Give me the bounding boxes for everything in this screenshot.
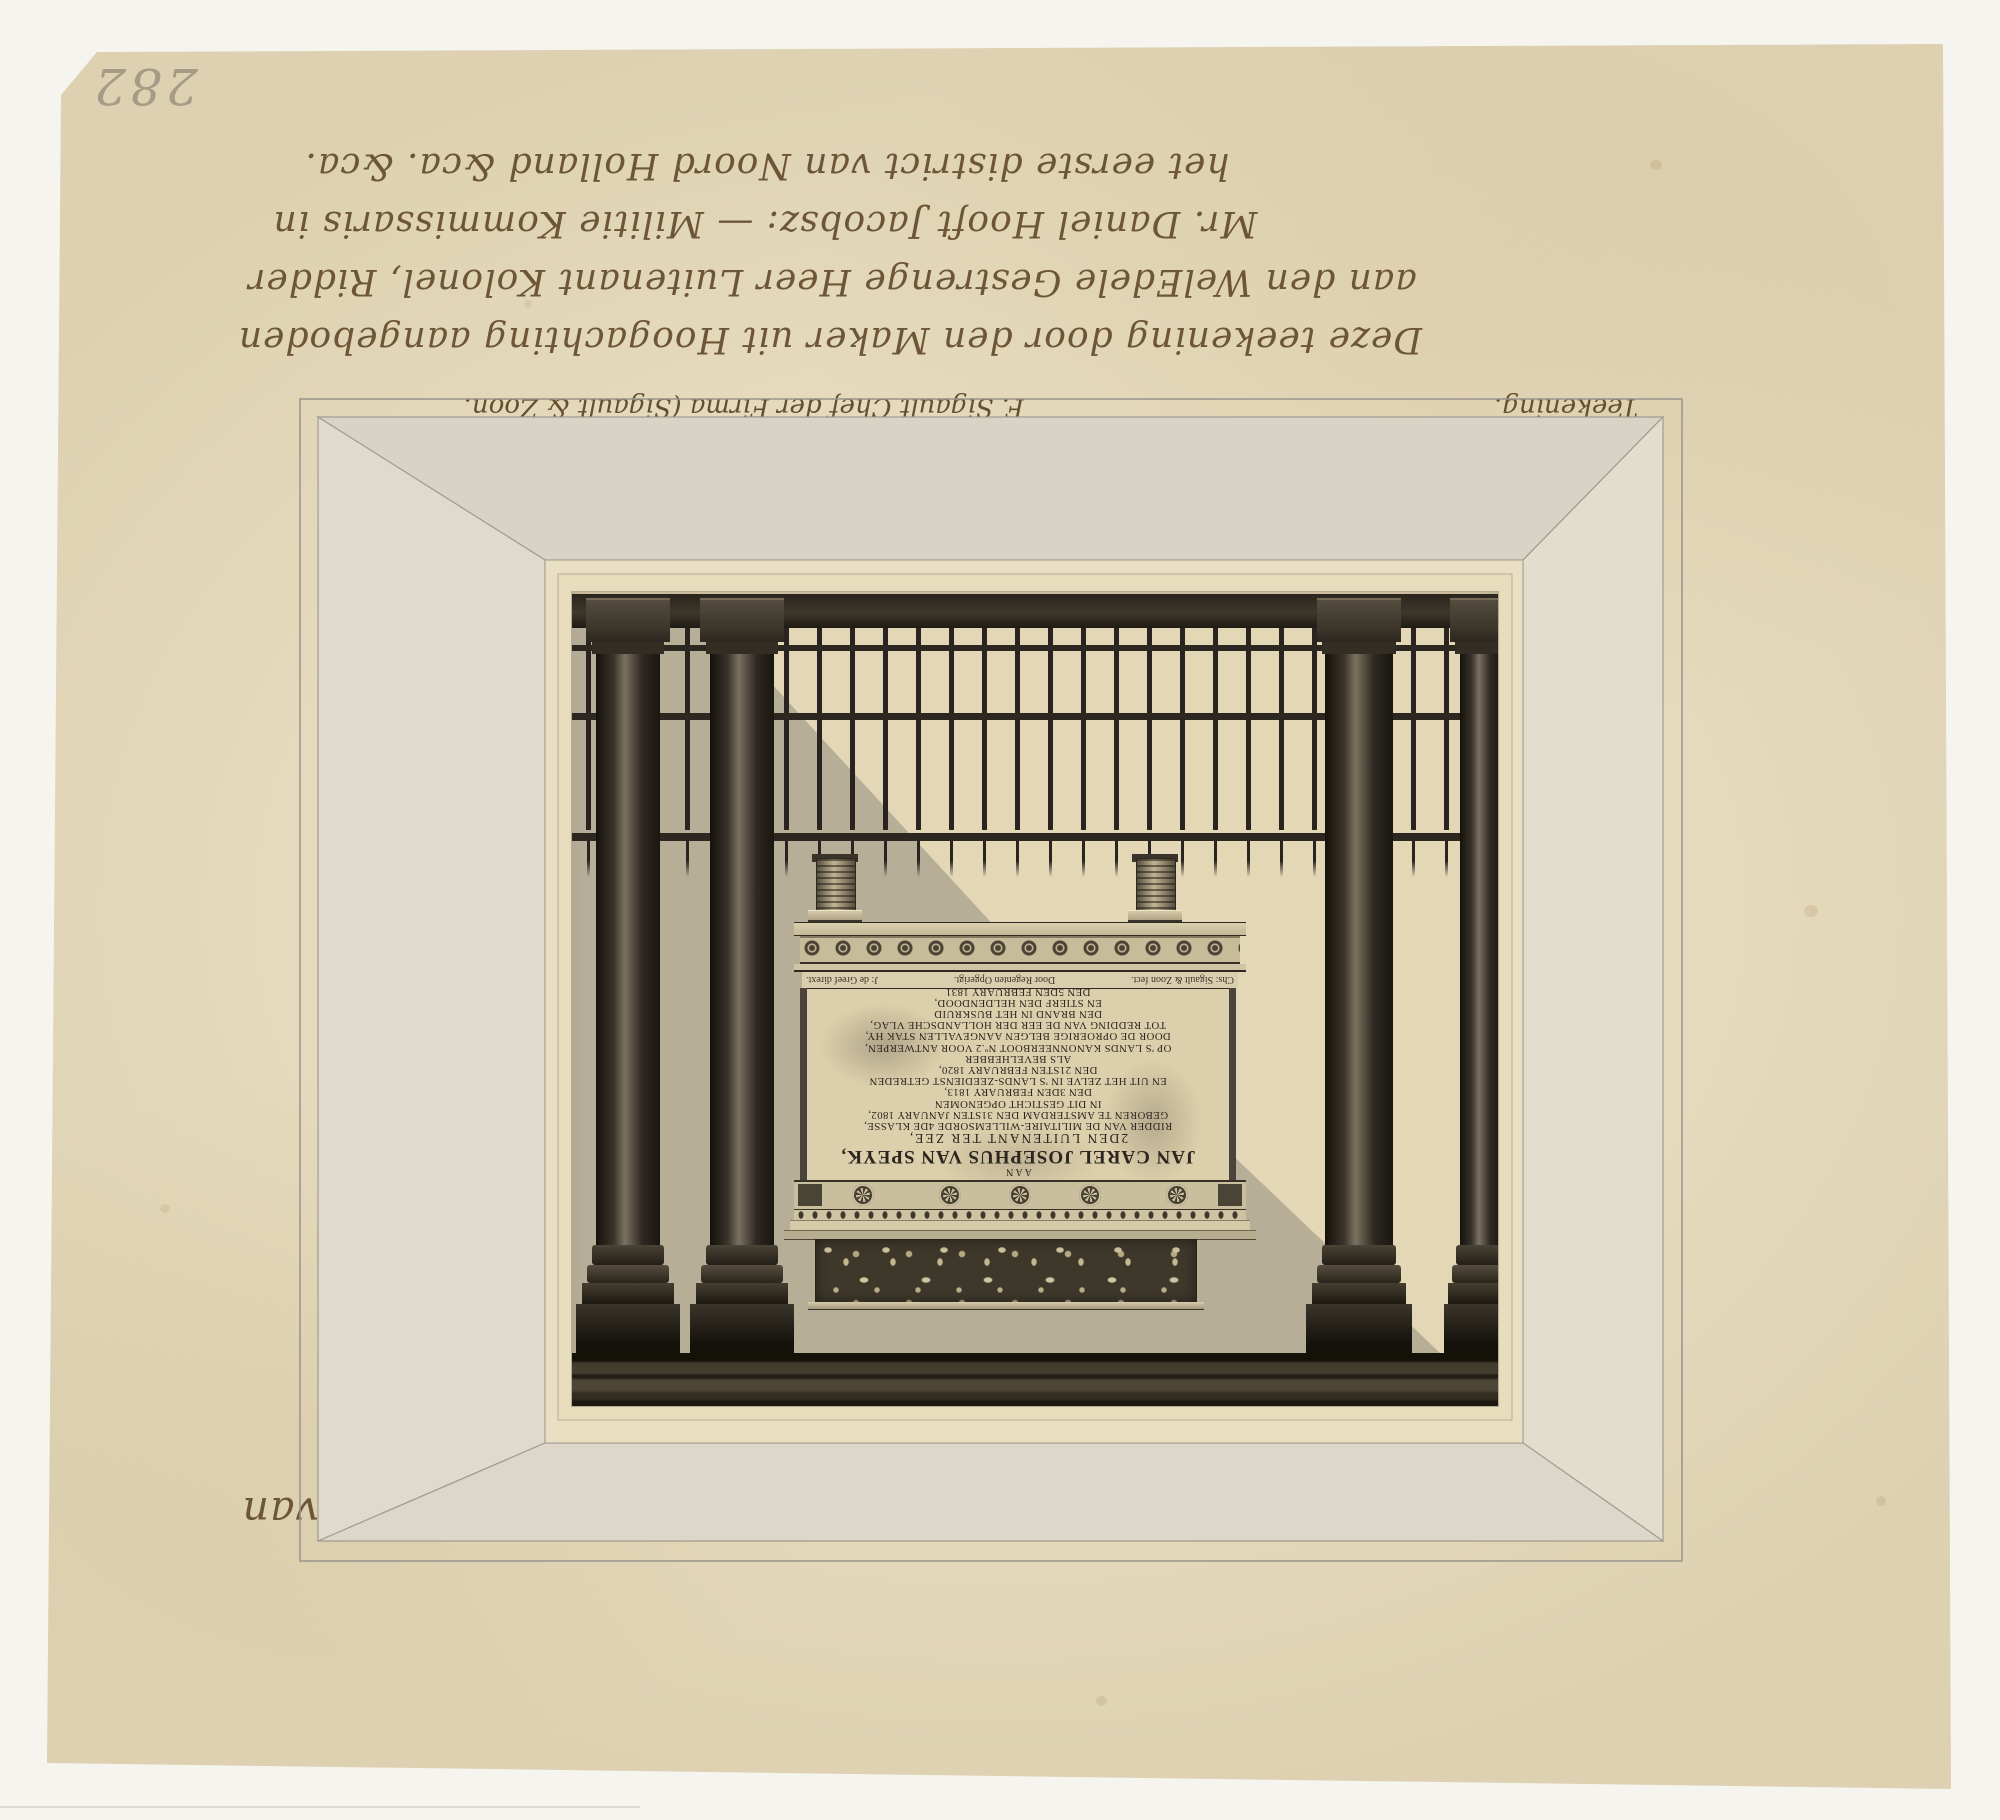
column-neck [592, 642, 664, 654]
plaque-line: EN UIT HET ZELVE IN 'S LANDS-ZEEDIENST G… [807, 1075, 1229, 1086]
rosette-ornament [1009, 1184, 1031, 1206]
base-course-strip [794, 922, 1246, 936]
credit-director: J: de Greef dirext. [802, 975, 882, 986]
wave-scroll-frieze [800, 936, 1240, 964]
plaque-line: DEN 5DEN FEBRUARY 1831 [807, 985, 1229, 996]
egg-and-dart-molding [794, 1210, 1246, 1220]
rosette-ornament [939, 1184, 961, 1206]
column-right-inner [1317, 592, 1401, 1353]
plaque-line: 2DEN LUITENANT TER ZEE, [807, 1131, 1229, 1146]
column-shaft [1460, 654, 1498, 1245]
column-plinth [576, 1304, 680, 1353]
rosette-ornament [852, 1184, 874, 1206]
plaque-line: DEN 21STEN FEBRUARY 1820, [807, 1064, 1229, 1075]
credit-patron: Door Regenten Opgerigt. [950, 975, 1059, 986]
cornice-step [784, 1230, 1256, 1240]
plaque-line: DOOR DE OPROERIGE BELGEN AANGEVALLEN STA… [807, 1030, 1229, 1041]
rosette-ornament [1166, 1184, 1188, 1206]
candelabrum-body [1136, 858, 1176, 914]
column-ring [1322, 1245, 1396, 1265]
frieze-end-block [796, 1182, 824, 1208]
plaque-line: RIDDER VAN DE MILITAIRE-WILLEMSORDE 4DE … [807, 1120, 1229, 1131]
plaque-inscription: AAN JAN CAREL JOSEPHUS VAN SPEYK, 2DEN L… [807, 988, 1229, 1180]
column-left-outer [586, 592, 678, 1353]
plaque-line: IN DIT GESTICHT OPGENOMEN [807, 1097, 1229, 1108]
column-shaft [710, 654, 774, 1245]
column-ring [1317, 1265, 1401, 1283]
plaque-line: EN STIERF DEN HELDENDOOD, [807, 997, 1229, 1008]
sarcophagus-arabesque-panel [816, 1240, 1196, 1302]
plaque-line: OP 'S LANDS KANONNEERBOOT Nº.2 VOOR ANTW… [807, 1041, 1229, 1052]
column-block [1450, 598, 1498, 642]
column-ring [1456, 1245, 1498, 1265]
plaque-line: GEBOREN TE AMSTERDAM DEN 31STEN JANUARY … [807, 1109, 1229, 1120]
frieze-end-block [1216, 1182, 1244, 1208]
plaque-line: JAN CAREL JOSEPHUS VAN SPEYK, [807, 1146, 1229, 1166]
column-ring [582, 1283, 674, 1304]
column-plinth [1444, 1304, 1498, 1353]
column-shaft [1325, 654, 1393, 1245]
column-right-outer [1450, 592, 1498, 1353]
entablature-beam [572, 1353, 1498, 1406]
column-ring [701, 1265, 783, 1283]
corner-candelabrum-right [1128, 858, 1182, 922]
column-ring [696, 1283, 788, 1304]
column-left-inner [700, 592, 792, 1353]
column-ring [1452, 1265, 1498, 1283]
rosette-frieze [794, 1180, 1246, 1210]
column-ring [706, 1245, 778, 1265]
candelabrum-base [808, 910, 862, 922]
column-shaft [596, 654, 660, 1245]
candelabrum-body [816, 858, 856, 914]
plaque-line: AAN [807, 1166, 1229, 1177]
column-ring [1448, 1283, 1498, 1304]
scan-canvas: 282 Deze teekening door den Maker uit Ho… [0, 0, 2000, 1820]
column-neck [1322, 642, 1396, 654]
column-ring [592, 1245, 664, 1265]
aquatint-print: Chs: Sigault & Zoon fect. Door Regenten … [572, 592, 1498, 1406]
column-block [586, 598, 670, 642]
plaque-line: ALS BEVELHEBBER [807, 1053, 1229, 1064]
rosette-ornament [1079, 1184, 1101, 1206]
column-neck [1455, 642, 1498, 654]
column-block [700, 598, 784, 642]
base-course-molding [794, 964, 1246, 972]
credit-maker: Chs: Sigault & Zoon fect. [1127, 975, 1238, 986]
column-plinth [690, 1304, 794, 1353]
plaque-line: TOT REDDING VAN DE EER DER HOLLANDSCHE V… [807, 1019, 1229, 1030]
plaque-line: DEN BRAND IN HET BUSKRUID [807, 1008, 1229, 1019]
tomb-monument: Chs: Sigault & Zoon fect. Door Regenten … [798, 858, 1240, 1310]
column-plinth [1306, 1304, 1412, 1353]
cornice-step [790, 1220, 1250, 1230]
sarcophagus-lid-edge [808, 1302, 1204, 1310]
plaque-line: DEN 3DEN FEBRUARY 1813, [807, 1086, 1229, 1097]
column-neck [706, 642, 778, 654]
column-ring [1312, 1283, 1406, 1304]
corner-candelabrum-left [808, 858, 862, 922]
candelabrum-base [1128, 910, 1182, 922]
column-block [1317, 598, 1401, 642]
column-ring [587, 1265, 669, 1283]
inscription-plaque: AAN JAN CAREL JOSEPHUS VAN SPEYK, 2DEN L… [800, 988, 1236, 1180]
